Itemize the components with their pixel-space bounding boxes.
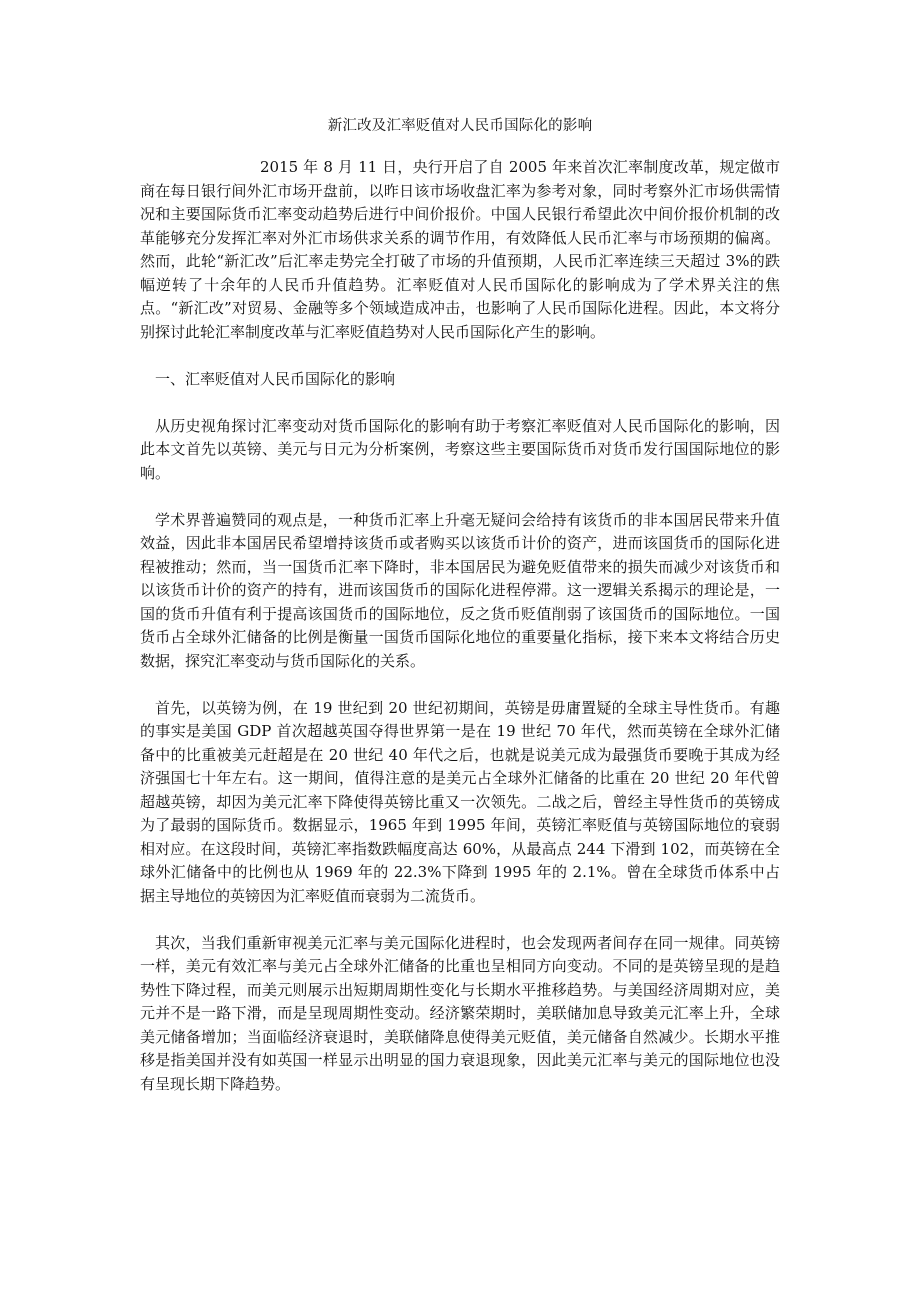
body-paragraph: 从历史视角探讨汇率变动对货币国际化的影响有助于考察汇率贬值对人民币国际化的影响，… [140, 415, 780, 486]
intro-paragraph: 2015 年 8 月 11 日，央行开启了自 2005 年来首次汇率制度改革，规… [140, 156, 780, 344]
document-title: 新汇改及汇率贬值对人民币国际化的影响 [140, 114, 780, 138]
body-paragraph: 首先，以英镑为例，在 19 世纪到 20 世纪初期间，英镑是毋庸置疑的全球主导性… [140, 697, 780, 909]
section-heading: 一、汇率贬值对人民币国际化的影响 [140, 368, 780, 392]
body-paragraph: 其次，当我们重新审视美元汇率与美元国际化进程时，也会发现两者间存在同一规律。同英… [140, 932, 780, 1097]
document-page: 新汇改及汇率贬值对人民币国际化的影响 2015 年 8 月 11 日，央行开启了… [140, 114, 780, 1120]
body-paragraph: 学术界普遍赞同的观点是，一种货币汇率上升毫无疑问会给持有该货币的非本国居民带来升… [140, 509, 780, 674]
